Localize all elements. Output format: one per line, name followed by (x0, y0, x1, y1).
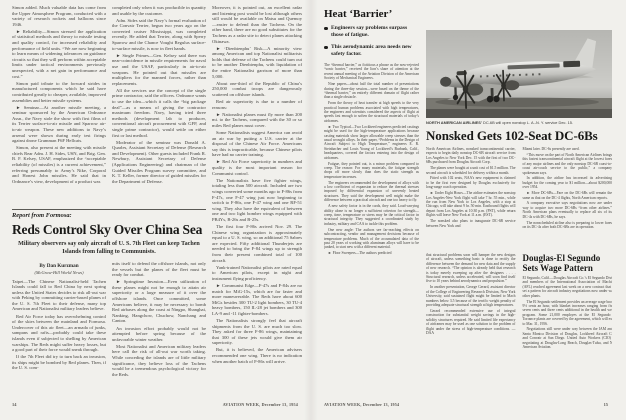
paragraph: ► ‘Dienbienphu’ Risk—A minority view amo… (212, 46, 302, 80)
paragraph: Simon, also present at the meeting with … (12, 145, 106, 184)
paragraph: North American Airlines, nonsked transco… (426, 147, 516, 165)
right-page: Heat ‘Barrier’ Engineers say problems su… (318, 0, 618, 420)
heat-barrier-col1: The “thermal barrier,” as fictitious a p… (324, 63, 419, 256)
paragraph: ► More DC-6Bs—Fare on the DC-6Bs will re… (523, 191, 613, 200)
paragraph: Nine papers—about half the total number … (324, 82, 419, 100)
nonsked-colB: Miami later. DC-6s presently are used.“T… (523, 147, 613, 253)
formosa-headline: Reds Control Sky Over China Sea (12, 223, 206, 237)
aircraft-photo (426, 30, 612, 118)
photo-caption-lead: NORTH AMERICAN AIRLINES’ (426, 120, 482, 125)
paragraph: About one-third of the Republic of China… (212, 81, 302, 98)
formosa-deck: Military observers say only aircraft of … (16, 240, 202, 256)
lower-right-columns: that structural problems soon will hampe… (426, 253, 612, 398)
paragraph: From the theory of heat transfer at high… (324, 101, 419, 123)
bullet-text: This aerodynamic area needs new safety f… (331, 44, 419, 58)
formosa-col3: Moreover, it is pointed out, an excellen… (212, 5, 302, 393)
paragraph: ► Two Typical—Two Lockheed engineers pre… (324, 125, 419, 160)
paragraph: The nonsked also plans to inaugurate DC-… (426, 219, 516, 228)
paragraph: Moreover, it is pointed out, an excellen… (212, 5, 302, 44)
paragraph: Gerard recommended extensive use of inte… (426, 309, 516, 335)
paragraph: Miami later. DC-6s presently are used. (523, 147, 613, 151)
paragraph: Some Nationalists suggest America can av… (212, 130, 302, 158)
douglas-article-text: El Segundo, Calif.—Douglas Aircraft Co.’… (523, 276, 613, 350)
missile-article-col2: completed only when it was producible in… (112, 5, 206, 207)
paragraph: The Nationalists strongly feel that airc… (212, 318, 302, 346)
paragraph: mits itself to defend the offshore islan… (112, 261, 206, 278)
dc-6b-illustration (426, 30, 612, 118)
right-page-content: Heat ‘Barrier’ Engineers say problems su… (324, 6, 612, 398)
paragraph: Moderator of the seminar was Donald A. Q… (112, 140, 206, 185)
paragraph: that structural problems soon will hampe… (426, 253, 516, 284)
paragraph: ► Under Eight Hours—The airline estimate… (426, 191, 516, 217)
byline-credit: (McGraw-Hill World News) (12, 270, 106, 276)
heat-barrier-headline: Heat ‘Barrier’ (324, 8, 419, 20)
page-number: 14 (12, 402, 16, 407)
paragraph: One new angle: The authors see far-reach… (324, 228, 419, 250)
divider (12, 209, 206, 210)
paragraph: An invasion effort probably would not be… (112, 326, 206, 343)
paragraph: ► Communist Edge—F-47s and F-84s are no … (212, 283, 302, 317)
formosa-col2: mits itself to defend the offshore islan… (112, 261, 206, 393)
formosa-headline-block: Report from Formosa: Reds Control Sky Ov… (12, 207, 206, 261)
paragraph: All the services use the concept of the … (112, 88, 206, 138)
paragraph: ► Red Air Force superiority in numbers a… (212, 159, 302, 176)
paragraph: ► Reliability—Simon stressed the applica… (12, 29, 106, 79)
formosa-col1-text: Taipei—The Chinese Nationalist-held Tach… (12, 279, 106, 372)
nonsked-article-body: North American Airlines, nonsked transco… (426, 147, 612, 253)
paragraph: The El Segundo settlement provides an av… (523, 300, 613, 326)
paragraph: ► Nationalist planes must fly more than … (212, 112, 302, 129)
bullet-text: Engineers say problems surpass those of … (331, 25, 419, 39)
paragraph: Fitted with 102 seats, NAA’s new equipme… (426, 176, 516, 189)
paragraph: ► Springtime Invasion—Even utilization o… (112, 279, 206, 324)
heat-barrier-summary: Engineers say problems surpass those of … (324, 25, 419, 58)
paragraph: A new safety factor is in the cards, the… (324, 204, 419, 226)
paragraph: But, it is believed, the American advise… (212, 347, 302, 364)
paragraph: The nonscheduled airline also is prepari… (523, 221, 613, 230)
paragraph: Yank-trained Nationalist pilots are rate… (212, 265, 302, 282)
right-page-footer: AVIATION WEEK, December 13, 1954 15 (324, 402, 608, 407)
paragraph: The Nationalists have five fighter wings… (212, 178, 302, 223)
photo-caption: NORTH AMERICAN AIRLINES’ DC-6B will open… (426, 120, 612, 125)
paragraph: Simon paid tribute to the forward stride… (12, 81, 106, 103)
formosa-col1: By Dan Kurzman (McGraw-Hill World News) … (12, 261, 106, 393)
paragraph: In addition, the airline has increased i… (523, 176, 613, 189)
nonsked-headline: Nonsked Gets 102-Seat DC-6Bs (426, 129, 612, 143)
paragraph: Negotiations still were under way betwee… (523, 327, 613, 349)
paragraph: “This move on the part of North American… (523, 153, 613, 175)
paragraph: If the 7th Fleet did try to turn back an… (12, 354, 106, 371)
left-page-content: Simon added. Much valuable data has come… (12, 5, 302, 393)
photo-caption-rest: DC-6B will open nonstop L. A.-N. Y. serv… (482, 120, 573, 125)
paragraph: The “thermal barrier,” as fictitious a p… (324, 63, 419, 81)
magazine-dateline: AVIATION WEEK, December 13, 1954 (324, 402, 399, 407)
formosa-article-body: By Dan Kurzman (McGraw-Hill World News) … (12, 261, 206, 393)
paragraph: completed only when it was producible in… (112, 5, 206, 16)
paragraph: Red Air Force today has overwhelming con… (12, 314, 106, 353)
bullet-icon (324, 27, 328, 31)
paragraph: Fatigue, they pointed out, is a minor pr… (324, 162, 419, 180)
paragraph: ► Floor Sweepers—The authors predicted (324, 251, 419, 255)
missile-article: Simon added. Much valuable data has come… (12, 5, 206, 207)
left-page-footer: 14 AVIATION WEEK, December 13, 1954 (12, 402, 298, 407)
paragraph: Most Nationalist and American military l… (112, 344, 206, 378)
page-number: 15 (604, 402, 608, 407)
missile-article-col1: Simon added. Much valuable data has come… (12, 5, 106, 207)
summary-bullet: This aerodynamic area needs new safety f… (324, 44, 419, 58)
heat-barrier-continuation: that structural problems soon will hampe… (426, 253, 516, 398)
magazine-dateline: AVIATION WEEK, December 13, 1954 (223, 402, 298, 407)
bullet-icon (324, 46, 328, 50)
paragraph: ► Single Primes—Gen. Kelsey said there w… (112, 53, 206, 87)
paragraph: In another presentation, George Gerard, … (426, 285, 516, 307)
left-page-main-columns: Simon added. Much valuable data has come… (12, 5, 206, 393)
paragraph: ► Seminar—At another missile meeting, a … (12, 105, 106, 144)
left-page: Simon added. Much valuable data has come… (0, 0, 306, 420)
summary-bullet: Engineers say problems surpass those of … (324, 25, 419, 39)
magazine-spread: Simon added. Much valuable data has come… (0, 0, 626, 420)
article-kicker: Report from Formosa: (12, 212, 206, 220)
nonsked-colA: North American Airlines, nonsked transco… (426, 147, 516, 253)
paragraph: Adm. Sides said the Navy’s formal evalua… (112, 18, 206, 52)
paragraph: El Segundo, Calif.—Douglas Aircraft Co.’… (523, 276, 613, 298)
paragraph: The first four F-86s arrived Nov. 29. Th… (212, 224, 302, 263)
paragraph: The engineers recommended the developmen… (324, 181, 419, 203)
paragraph: The planes were bought at a unit cost of… (426, 166, 516, 175)
douglas-headline: Douglas-El Segundo Sets Wage Pattern (523, 253, 613, 273)
paragraph: Simon added. Much valuable data has come… (12, 5, 106, 27)
paragraph: A company executive says negotiations no… (523, 201, 613, 219)
right-page-right-section: NORTH AMERICAN AIRLINES’ DC-6B will open… (426, 30, 612, 398)
heat-barrier-article: Heat ‘Barrier’ Engineers say problems su… (324, 6, 419, 398)
paragraph: Red air superiority is due to a number o… (212, 99, 302, 110)
paragraph: Taipei—The Chinese Nationalist-held Tach… (12, 279, 106, 313)
douglas-article: Douglas-El Segundo Sets Wage Pattern El … (523, 253, 613, 398)
